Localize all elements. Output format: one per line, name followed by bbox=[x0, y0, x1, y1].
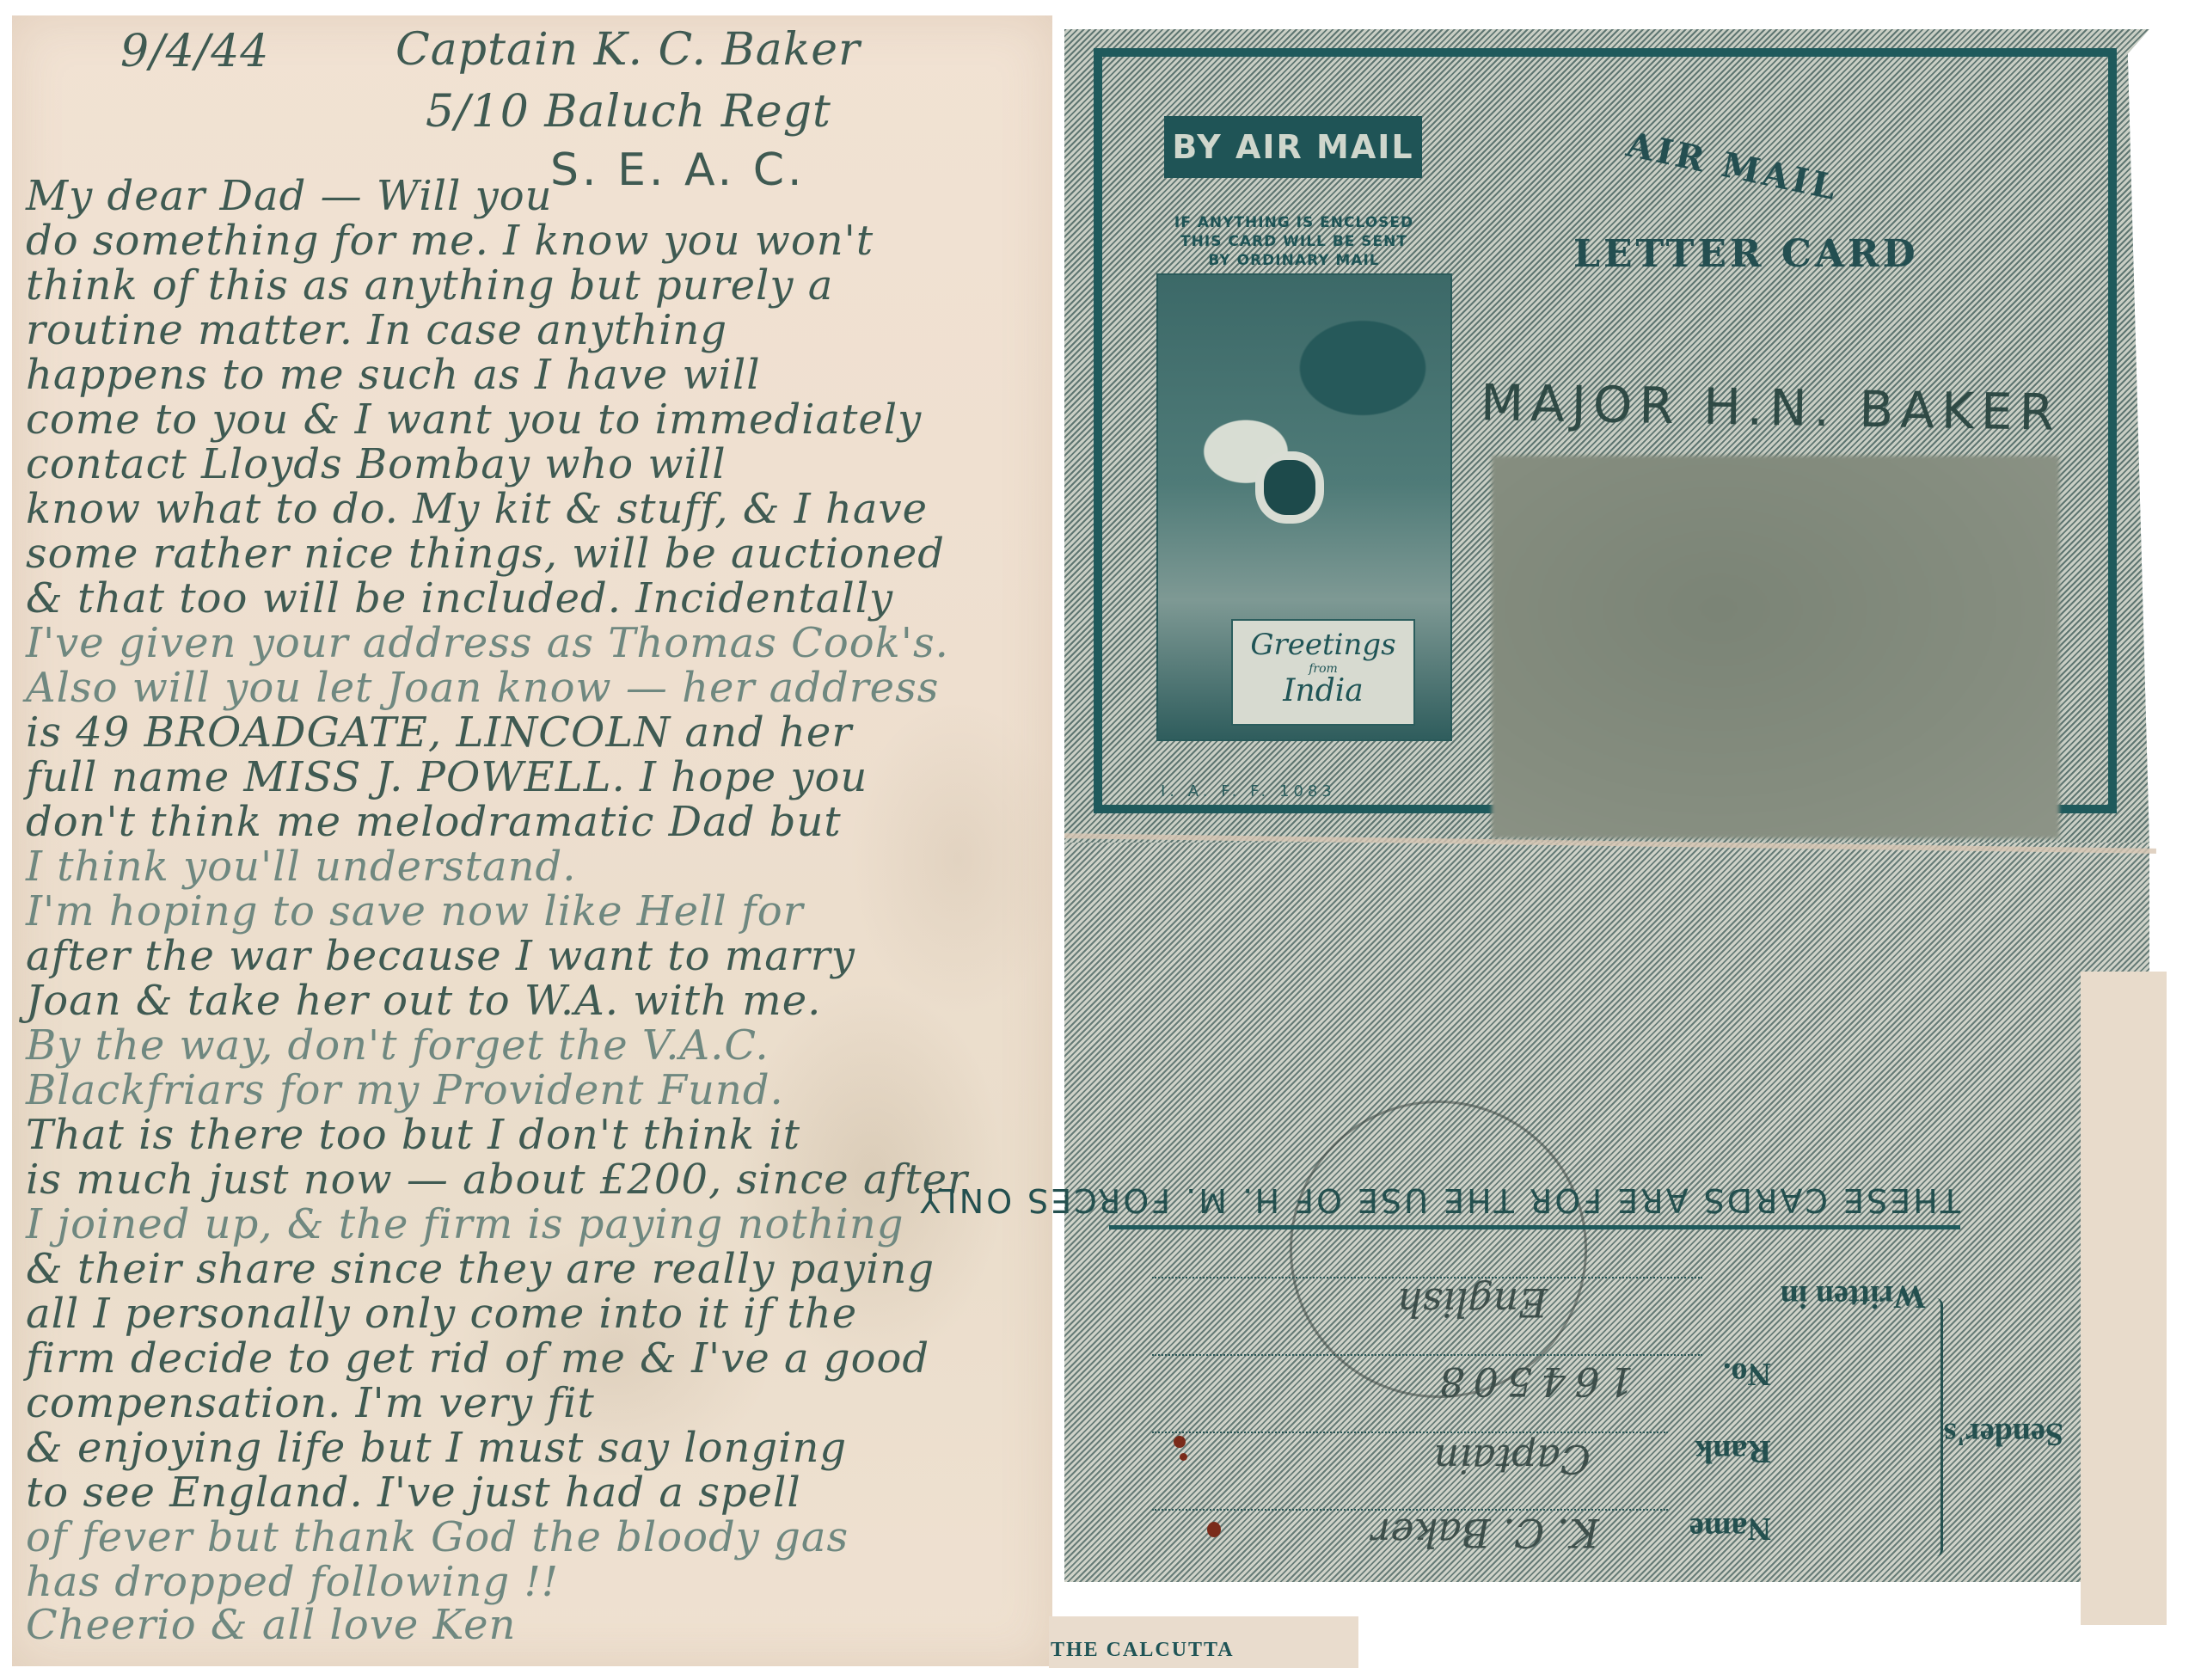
letter-line: firm decide to get rid of me & I've a go… bbox=[26, 1334, 929, 1383]
letter-sender-regiment: 5/10 Baluch Regt bbox=[426, 86, 831, 138]
letter-line: is 49 BROADGATE, LINCOLN and her bbox=[26, 708, 852, 757]
letter-line: I've given your address as Thomas Cook's… bbox=[26, 619, 949, 667]
letter-line: to see England. I've just had a spell bbox=[26, 1468, 801, 1517]
rust-stain bbox=[1174, 1436, 1186, 1448]
letter-line: some rather nice things, will be auction… bbox=[26, 530, 945, 578]
card-title-letter-card: LETTER CARD bbox=[1573, 232, 1919, 276]
greeting-top: Greetings bbox=[1233, 628, 1413, 662]
notice-line: IF ANYTHING IS ENCLOSED bbox=[1148, 213, 1440, 232]
letter-line: think of this as anything but purely a bbox=[26, 261, 833, 310]
letter-line: & their share since they are really payi… bbox=[26, 1245, 935, 1293]
letter-line: come to you & I want you to immediately bbox=[26, 395, 922, 444]
letter-line: compensation. I'm very fit bbox=[26, 1379, 595, 1427]
written-in-label: Written in bbox=[1781, 1278, 1926, 1315]
name-value: K. C. Baker bbox=[1371, 1510, 1599, 1556]
rank-dotted-line bbox=[1152, 1432, 1668, 1434]
letter-line: after the war because I want to marry bbox=[26, 932, 855, 980]
by-air-mail-label: BY AIR MAIL bbox=[1164, 116, 1422, 178]
letter-line: routine matter. In case anything bbox=[26, 306, 727, 354]
letter-line: & that too will be included. Incidentall… bbox=[26, 574, 893, 622]
forces-only-notice: THESE CARDS ARE FOR THE USE OF H. M. FOR… bbox=[917, 1181, 1960, 1219]
number-value: 164508 bbox=[1431, 1358, 1634, 1405]
addressee-name: MAJOR H.N. BAKER bbox=[1480, 373, 2061, 442]
number-label: No. bbox=[1723, 1355, 1771, 1393]
letter-line: contact Lloyds Bombay who will bbox=[26, 440, 727, 488]
letter-line: know what to do. My kit & stuff, & I hav… bbox=[26, 485, 928, 533]
monkey-face-icon bbox=[1255, 451, 1324, 524]
letter-line: & enjoying life but I must say longing bbox=[26, 1424, 847, 1472]
card-side-flap bbox=[2081, 972, 2167, 1625]
written-in-value: English bbox=[1397, 1279, 1548, 1326]
print-code: I. A. F. F. 1083 bbox=[1161, 782, 1336, 800]
letter-line: I joined up, & the firm is paying nothin… bbox=[26, 1200, 904, 1248]
letter-line: do something for me. I know you won't bbox=[26, 217, 874, 265]
letter-sender-name: Captain K. C. Baker bbox=[395, 24, 861, 76]
letter-line: Also will you let Joan know — her addres… bbox=[26, 664, 939, 712]
printer-imprint: THE CALCUTTA bbox=[1051, 1639, 1235, 1662]
sender-details-form-upside-down: Sender's Name K. C. Baker Rank Captain N… bbox=[1109, 1152, 1960, 1556]
greeting-india: India bbox=[1233, 676, 1413, 707]
rank-value: Captain bbox=[1434, 1436, 1591, 1482]
letter-line: My dear Dad — Will you bbox=[26, 172, 553, 220]
number-dotted-line bbox=[1152, 1354, 1702, 1357]
letter-line: That is there too but I don't think it bbox=[26, 1111, 800, 1159]
form-divider bbox=[1109, 1225, 1960, 1229]
letter-line: happens to me such as I have will bbox=[26, 351, 761, 399]
senders-label: Sender's bbox=[1944, 1415, 2063, 1453]
letter-sender-command: S. E. A. C. bbox=[550, 144, 806, 196]
letter-line: By the way, don't forget the V.A.C. bbox=[26, 1021, 769, 1070]
letter-line: is much just now — about £200, since aft… bbox=[26, 1156, 968, 1204]
letter-line: Blackfriars for my Provident Fund. bbox=[26, 1066, 784, 1114]
enclosure-notice: IF ANYTHING IS ENCLOSED THIS CARD WILL B… bbox=[1148, 213, 1440, 270]
letter-line: I think you'll understand. bbox=[26, 843, 576, 891]
rust-stain bbox=[1180, 1453, 1187, 1461]
notice-line: THIS CARD WILL BE SENT bbox=[1148, 232, 1440, 251]
letter-line: I'm hoping to save now like Hell for bbox=[26, 887, 804, 935]
letter-line: Joan & take her out to W.A. with me. bbox=[26, 977, 821, 1025]
letter-line: all I personally only come into it if th… bbox=[26, 1290, 857, 1338]
letter-line: full name MISS J. POWELL. I hope you bbox=[26, 753, 868, 801]
letter-signoff: Cheerio & all love Ken bbox=[26, 1601, 516, 1649]
form-brace bbox=[1928, 1298, 1943, 1556]
letter-date: 9/4/44 bbox=[120, 26, 269, 77]
rust-stain bbox=[1207, 1522, 1221, 1537]
notice-line: BY ORDINARY MAIL bbox=[1148, 251, 1440, 270]
name-label: Name bbox=[1689, 1510, 1771, 1548]
letter-line: has dropped following !! bbox=[26, 1558, 559, 1606]
redacted-address-block bbox=[1492, 456, 2059, 838]
letter-line: don't think me melodramatic Dad but bbox=[26, 798, 842, 846]
greetings-from-india-panel: Greetings from India bbox=[1231, 619, 1415, 726]
letter-line: of fever but thank God the bloody gas bbox=[26, 1513, 849, 1561]
rank-label: Rank bbox=[1695, 1432, 1771, 1470]
